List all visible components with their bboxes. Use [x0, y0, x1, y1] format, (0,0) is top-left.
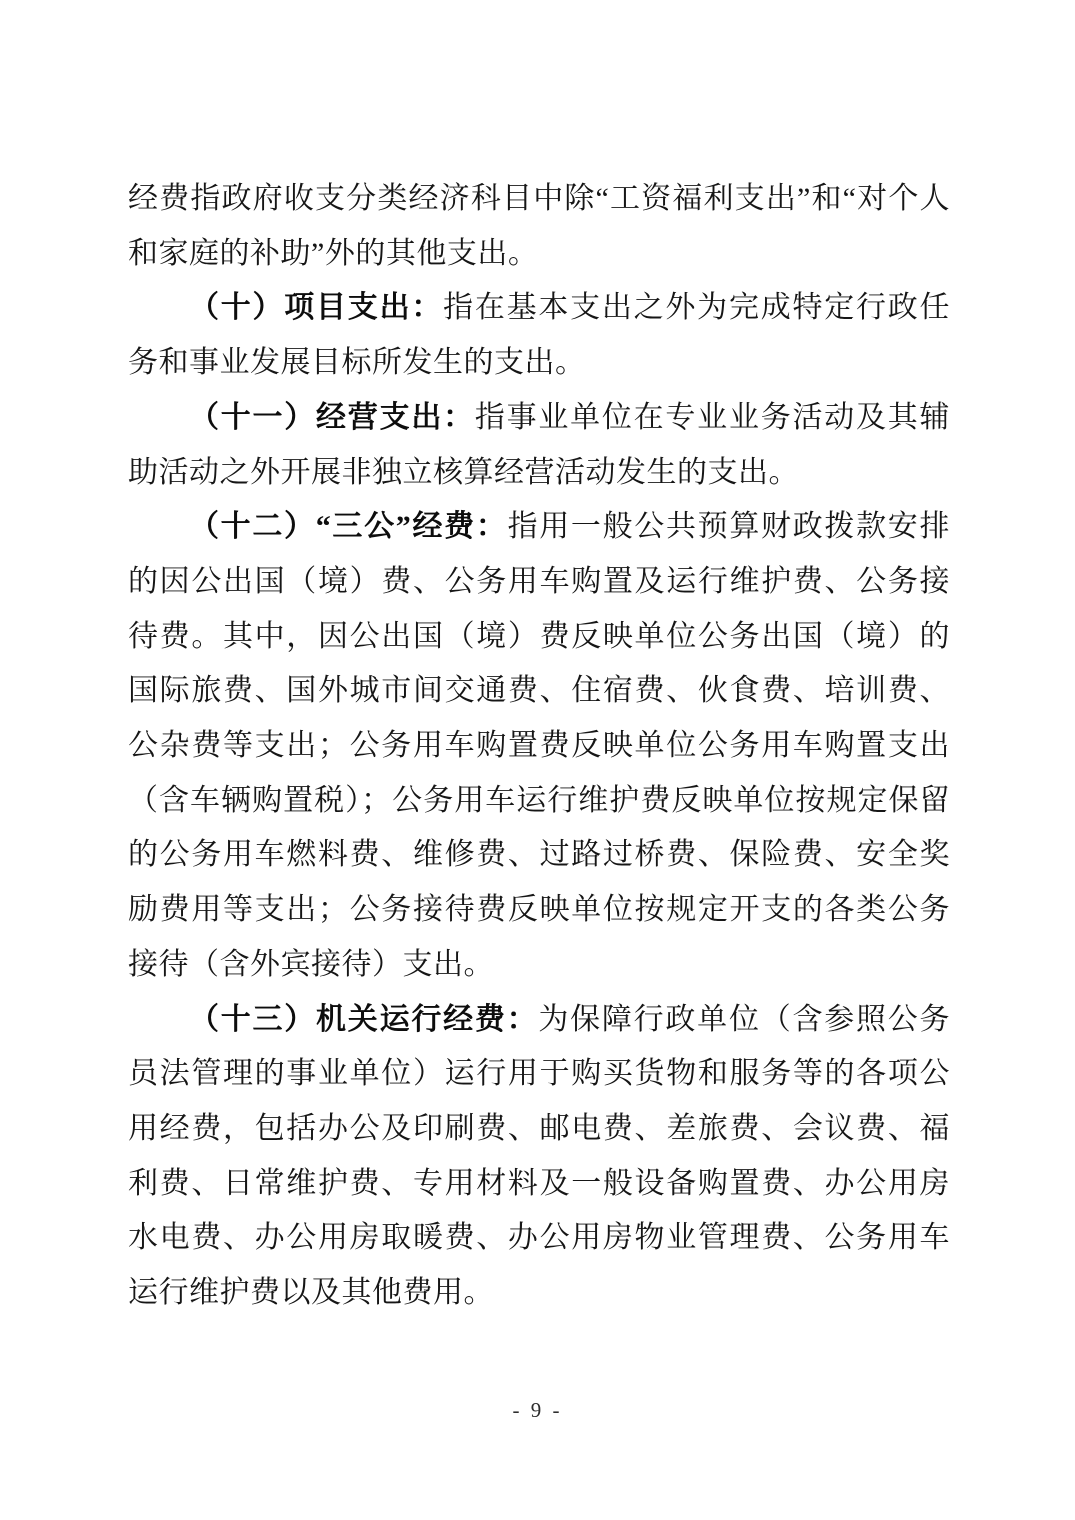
- paragraph-text: 经费指政府收支分类经济科目中除“工资福利支出”和“对个人和家庭的补助”外的其他支…: [128, 182, 950, 270]
- body-paragraph: （十一）经营支出：指事业单位在专业业务活动及其辅助活动之外开展非独立核算经营活动…: [128, 391, 950, 500]
- paragraph-lead: （十三）机关运行经费：: [189, 1003, 538, 1036]
- paragraph-lead: （十一）经营支出：: [189, 401, 475, 434]
- body-paragraph: （十二）“三公”经费：指用一般公共预算财政拨款安排的因公出国（境）费、公务用车购…: [128, 500, 950, 992]
- body-paragraph: （十）项目支出：指在基本支出之外为完成特定行政任务和事业发展目标所发生的支出。: [128, 281, 950, 390]
- paragraph-lead: （十二）“三公”经费：: [189, 510, 508, 543]
- paragraph-lead: （十）项目支出：: [189, 291, 443, 324]
- paragraph-text: 为保障行政单位（含参照公务员法管理的事业单位）运行用于购买货物和服务等的各项公用…: [128, 1003, 950, 1310]
- body-paragraph: （十三）机关运行经费：为保障行政单位（含参照公务员法管理的事业单位）运行用于购买…: [128, 993, 950, 1321]
- document-body: 经费指政府收支分类经济科目中除“工资福利支出”和“对个人和家庭的补助”外的其他支…: [128, 172, 950, 1321]
- page-number: - 9 -: [0, 1398, 1075, 1423]
- paragraph-text: 指用一般公共预算财政拨款安排的因公出国（境）费、公务用车购置及运行维护费、公务接…: [128, 510, 950, 981]
- document-page: 经费指政府收支分类经济科目中除“工资福利支出”和“对个人和家庭的补助”外的其他支…: [0, 0, 1075, 1520]
- body-paragraph: 经费指政府收支分类经济科目中除“工资福利支出”和“对个人和家庭的补助”外的其他支…: [128, 172, 950, 281]
